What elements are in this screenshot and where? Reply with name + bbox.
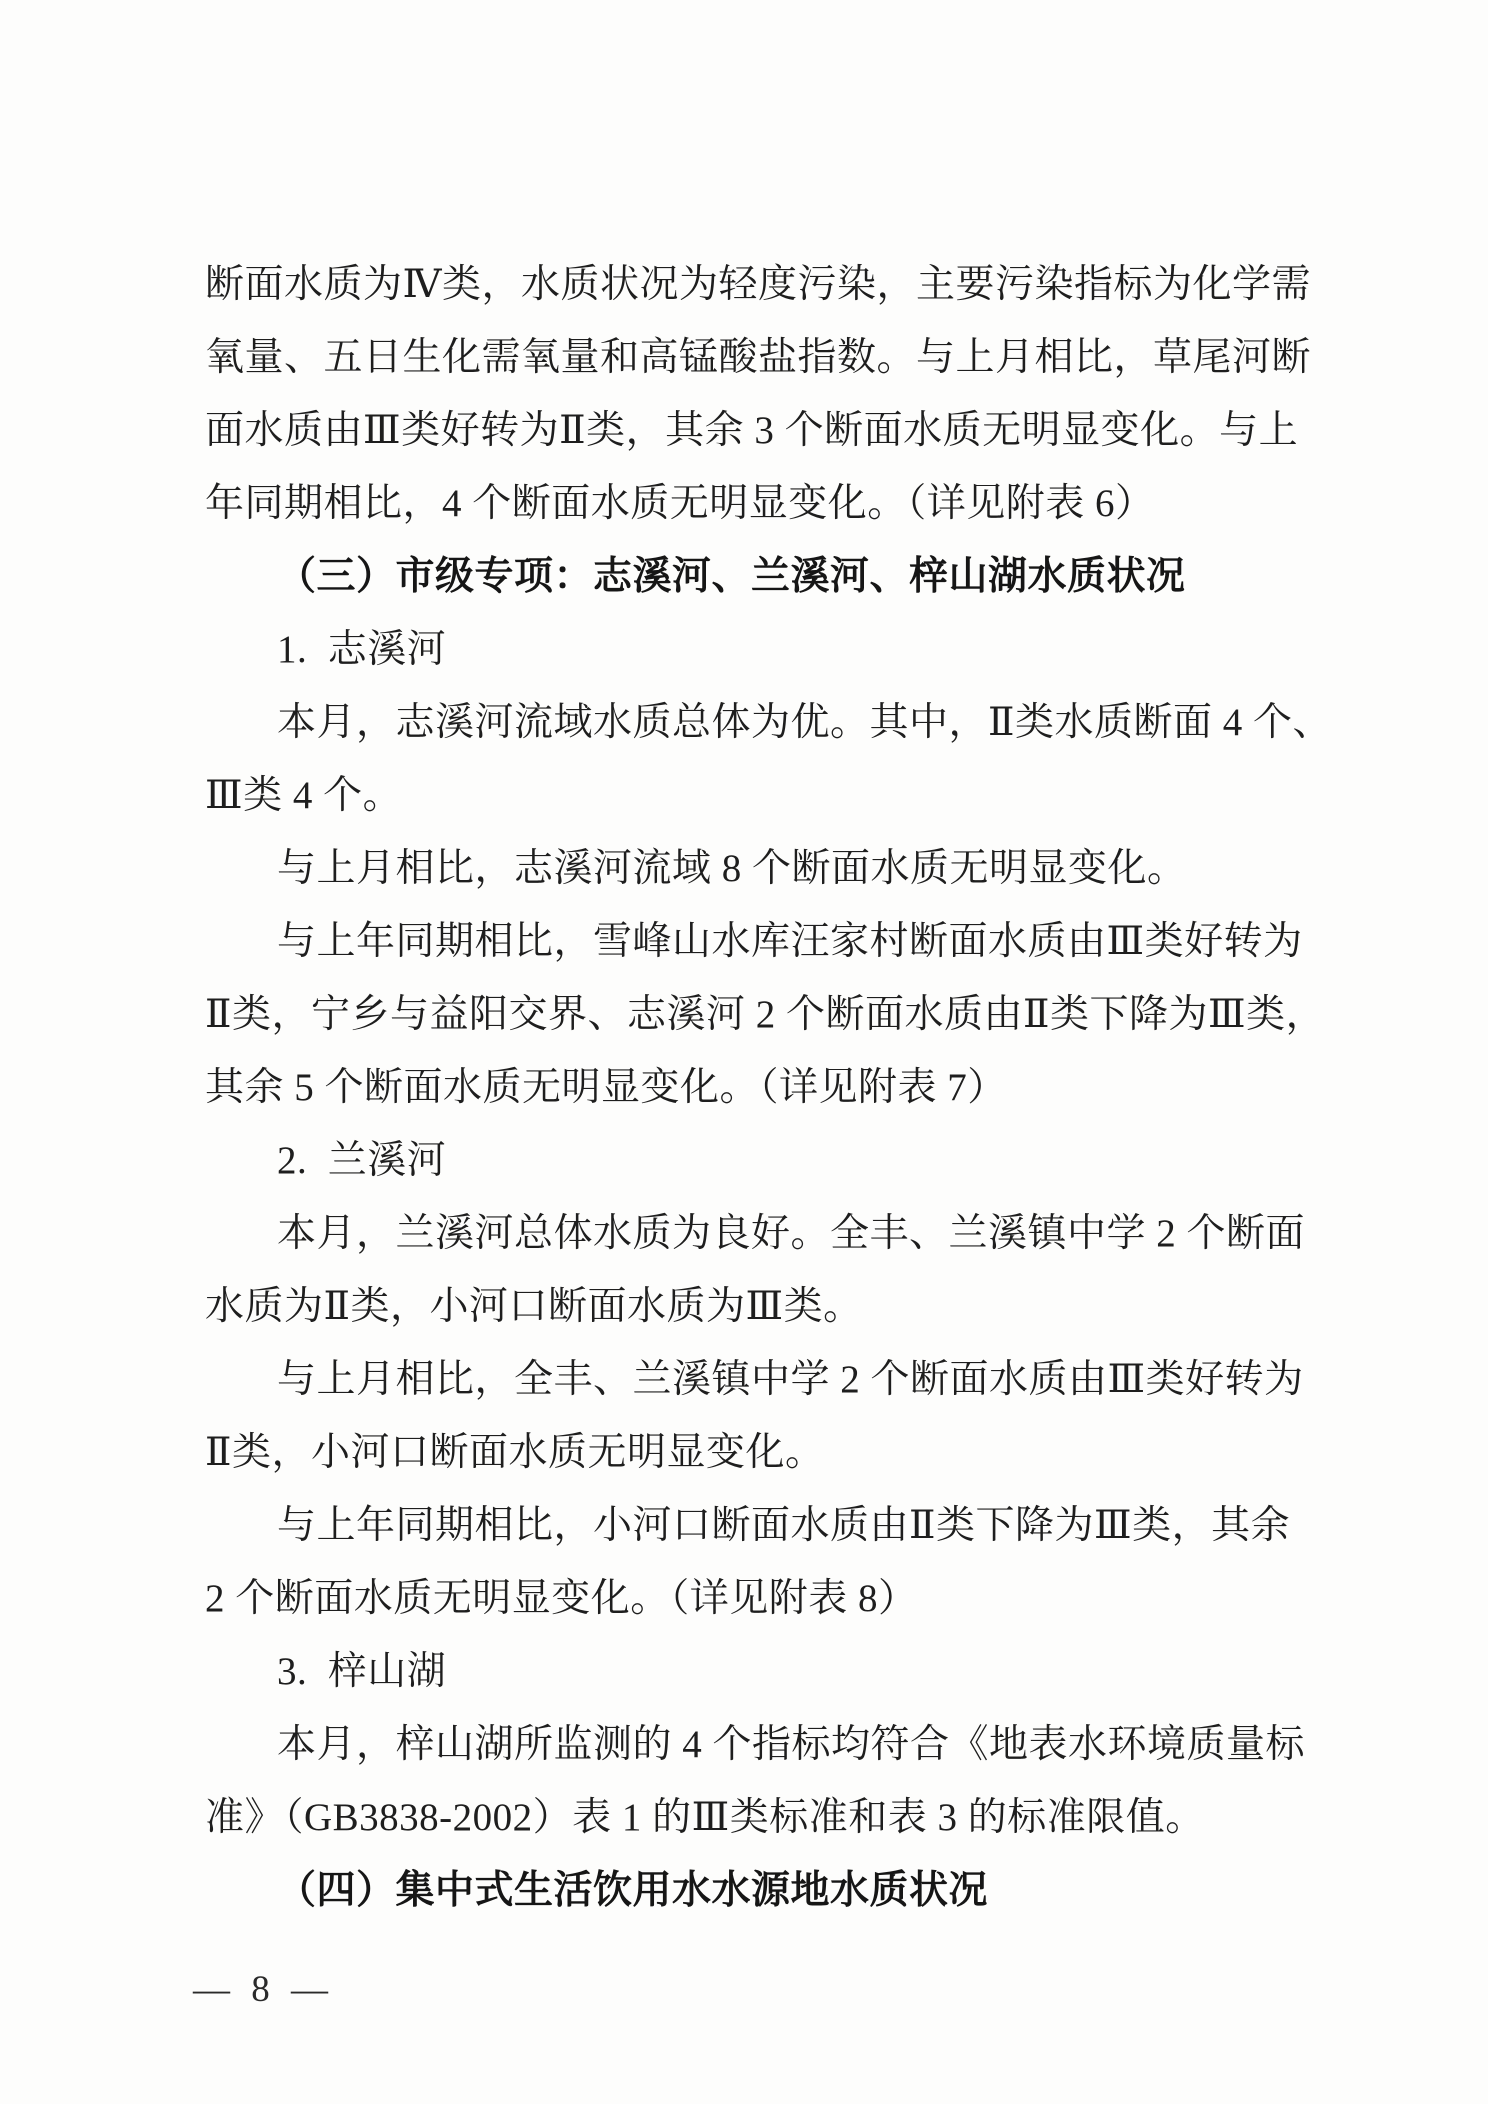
text-line-see-table-7: 其余 5 个断面水质无明显变化。（详见附表 7） (205, 1051, 1290, 1124)
text-line-lanxi-classes: 水质为Ⅱ类，小河口断面水质为Ⅲ类。 (205, 1270, 1290, 1343)
text-line-lanxi-no-change: Ⅱ类，小河口断面水质无明显变化。 (205, 1416, 1290, 1489)
subsection-3-zishan-lake: 3. 梓山湖 (205, 1635, 1290, 1708)
text-line-lanxi-this-month: 本月，兰溪河总体水质为良好。全丰、兰溪镇中学 2 个断面 (205, 1197, 1290, 1270)
text-line-class-change: 面水质由Ⅲ类好转为Ⅱ类，其余 3 个断面水质无明显变化。与上 (205, 394, 1290, 467)
text-line-zhixi-this-month: 本月，志溪河流域水质总体为优。其中，Ⅱ类水质断面 4 个、 (205, 686, 1290, 759)
page-number: — 8 — (193, 1968, 334, 2011)
document-page: 断面水质为Ⅳ类，水质状况为轻度污染，主要污染指标为化学需 氧量、五日生化需氧量和… (0, 0, 1488, 2104)
text-line-lanxi-vs-last-year: 与上年同期相比，小河口断面水质由Ⅱ类下降为Ⅲ类，其余 (205, 1489, 1290, 1562)
text-line-cod-indicators: 断面水质为Ⅳ类，水质状况为轻度污染，主要污染指标为化学需 (205, 248, 1290, 321)
subsection-2-lanxi-river: 2. 兰溪河 (205, 1124, 1290, 1197)
subsection-1-zhixi-river: 1. 志溪河 (205, 613, 1290, 686)
text-line-zhixi-vs-last-month: 与上月相比，志溪河流域 8 个断面水质无明显变化。 (205, 832, 1290, 905)
text-line-zhixi-downgrade: Ⅱ类，宁乡与益阳交界、志溪河 2 个断面水质由Ⅱ类下降为Ⅲ类， (205, 978, 1290, 1051)
text-line-gb3838-standard: 准》（GB3838-2002）表 1 的Ⅲ类标准和表 3 的标准限值。 (205, 1781, 1290, 1854)
text-line-zhixi-vs-last-year: 与上年同期相比，雪峰山水库汪家村断面水质由Ⅲ类好转为 (205, 905, 1290, 978)
text-line-see-table-6: 年同期相比，4 个断面水质无明显变化。（详见附表 6） (205, 467, 1290, 540)
body-text: 断面水质为Ⅳ类，水质状况为轻度污染，主要污染指标为化学需 氧量、五日生化需氧量和… (205, 248, 1290, 1927)
text-line-class3-count: Ⅲ类 4 个。 (205, 759, 1290, 832)
section-heading-drinking-water: （四）集中式生活饮用水水源地水质状况 (205, 1854, 1290, 1927)
text-line-oxygen-demand: 氧量、五日生化需氧量和高锰酸盐指数。与上月相比，草尾河断 (205, 321, 1290, 394)
text-line-see-table-8: 2 个断面水质无明显变化。（详见附表 8） (205, 1562, 1290, 1635)
section-heading-city-special: （三）市级专项：志溪河、兰溪河、梓山湖水质状况 (205, 540, 1290, 613)
text-line-lanxi-vs-last-month: 与上月相比，全丰、兰溪镇中学 2 个断面水质由Ⅲ类好转为 (205, 1343, 1290, 1416)
text-line-zishan-this-month: 本月，梓山湖所监测的 4 个指标均符合《地表水环境质量标 (205, 1708, 1290, 1781)
